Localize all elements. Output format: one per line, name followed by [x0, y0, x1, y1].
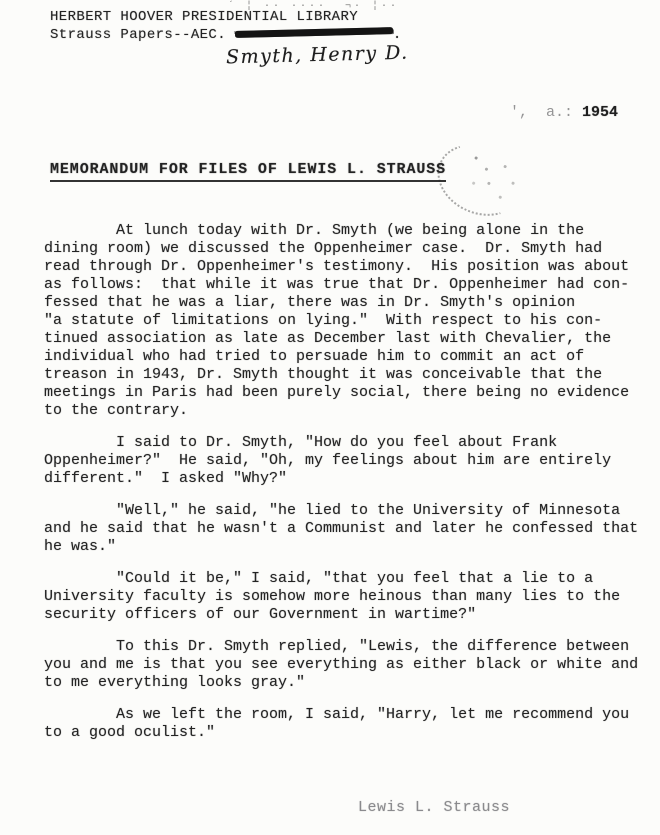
memo-paragraph: I said to Dr. Smyth, "How do you feel ab…: [44, 434, 638, 488]
date-year: 1954: [582, 104, 618, 121]
memo-body: At lunch today with Dr. Smyth (we being …: [44, 222, 638, 756]
archive-header: HERBERT HOOVER PRESIDENTIAL LIBRARY Stra…: [50, 8, 402, 44]
collection-line: Strauss Papers--AEC. .: [50, 26, 402, 44]
date-faint-text: ', a.:: [510, 104, 582, 121]
memo-title-row: MEMORANDUM FOR FILES OF LEWIS L. STRAUSS: [50, 160, 446, 182]
document-page: ´ ¦ ·· ···· ¬· ¦·· HERBERT HOOVER PRESID…: [0, 0, 660, 835]
redaction-trailing-period: .: [393, 27, 402, 43]
faint-circular-stamp: [426, 131, 534, 229]
handwritten-annotation: Smyth, Henry D.: [226, 42, 409, 69]
memo-paragraph: "Well," he said, "he lied to the Univers…: [44, 502, 638, 556]
redaction-bar: [235, 27, 393, 38]
memo-paragraph: "Could it be," I said, "that you feel th…: [44, 570, 638, 624]
collection-label: Strauss Papers--AEC.: [50, 27, 235, 43]
memo-paragraph: To this Dr. Smyth replied, "Lewis, the d…: [44, 638, 638, 692]
signature-line: Lewis L. Strauss: [358, 799, 510, 816]
memo-paragraph: At lunch today with Dr. Smyth (we being …: [44, 222, 638, 420]
memo-paragraph: As we left the room, I said, "Harry, let…: [44, 706, 638, 742]
date-line: ', a.: 1954: [510, 104, 618, 121]
memo-title: MEMORANDUM FOR FILES OF LEWIS L. STRAUSS: [50, 161, 446, 182]
archive-name: HERBERT HOOVER PRESIDENTIAL LIBRARY: [50, 8, 402, 26]
